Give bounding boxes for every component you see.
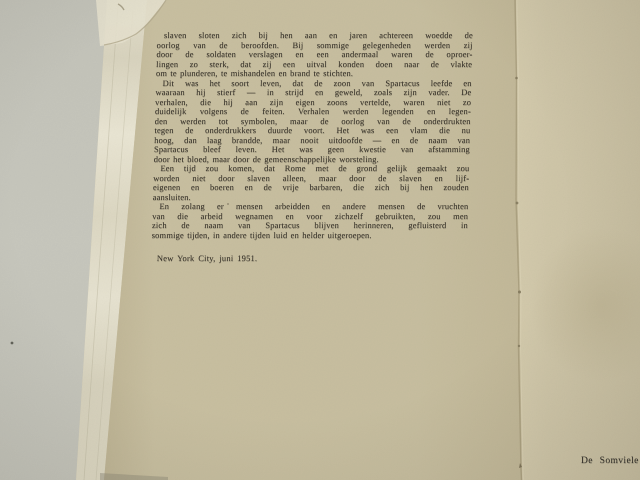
crease-speck [515,77,518,80]
crease-speck [516,202,519,205]
dateline: New York City, juni 1951. [157,253,258,263]
text-line: sommige tijden, in andere tijden luid en… [152,231,468,241]
paper-speck [11,342,14,345]
text-line: eigenen en boeren en de vrije barbaren, … [153,183,469,193]
right-page-visible-text: De Somviele [581,456,639,466]
crease-speck [518,291,521,294]
crease-speck [518,345,520,347]
main-page-text: slaven sloten zich bij hen aan en jaren … [152,31,473,240]
book-photo: slaven sloten zich bij hen aan en jaren … [0,0,640,480]
